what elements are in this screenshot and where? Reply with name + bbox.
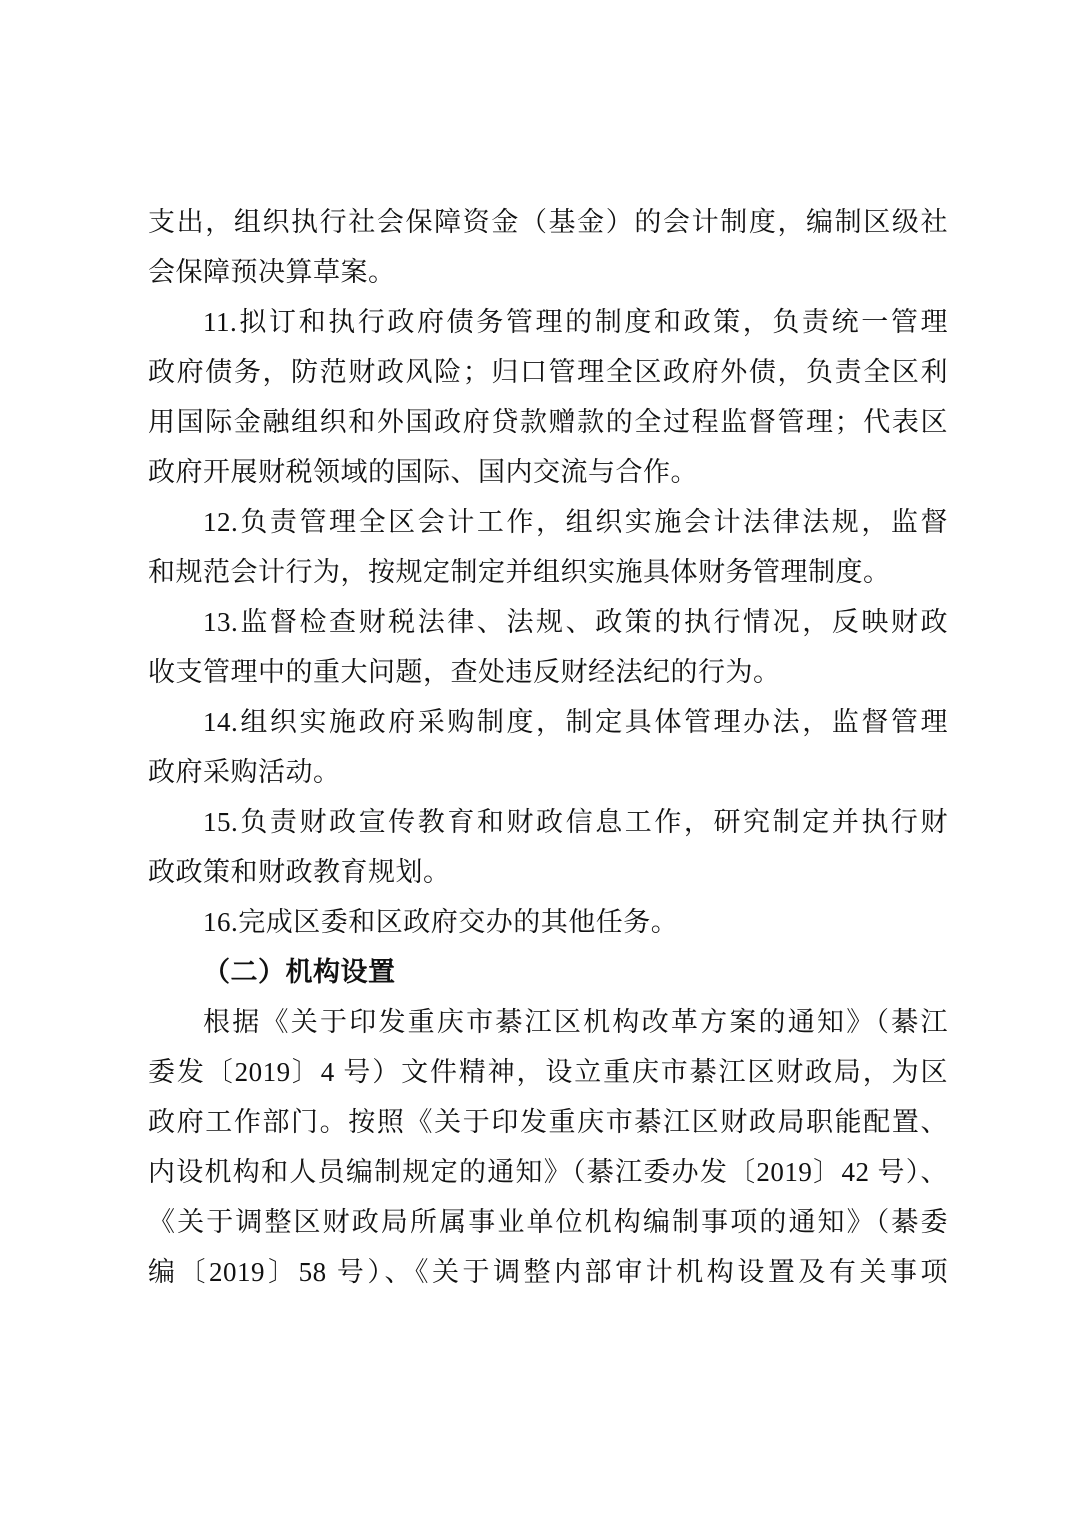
document-page: 支出，组织执行社会保障资金（基金）的会计制度，编制区级社 会保障预决算草案。 1…: [0, 0, 1074, 1520]
text-line: 13.监督检查财税法律、法规、政策的执行情况，反映财政: [148, 597, 948, 647]
text-line: 11.拟订和执行政府债务管理的制度和政策，负责统一管理: [148, 297, 948, 347]
text-line: 支出，组织执行社会保障资金（基金）的会计制度，编制区级社: [148, 197, 948, 247]
section-heading: （二）机构设置: [148, 947, 948, 997]
text-line: 和规范会计行为，按规定制定并组织实施具体财务管理制度。: [148, 547, 948, 597]
text-line: 委发〔2019〕4 号）文件精神，设立重庆市綦江区财政局，为区: [148, 1047, 948, 1097]
text-line: 12.负责管理全区会计工作，组织实施会计法律法规，监督: [148, 497, 948, 547]
text-line: 14.组织实施政府采购制度，制定具体管理办法，监督管理: [148, 697, 948, 747]
text-line: 15.负责财政宣传教育和财政信息工作，研究制定并执行财: [148, 797, 948, 847]
text-line: 政府采购活动。: [148, 747, 948, 797]
text-line: 会保障预决算草案。: [148, 247, 948, 297]
text-line: 政府开展财税领域的国际、国内交流与合作。: [148, 447, 948, 497]
text-line: 用国际金融组织和外国政府贷款赠款的全过程监督管理；代表区: [148, 397, 948, 447]
text-line: 政府债务，防范财政风险；归口管理全区政府外债，负责全区利: [148, 347, 948, 397]
text-line: 政府工作部门。按照《关于印发重庆市綦江区财政局职能配置、: [148, 1097, 948, 1147]
text-line: 根据《关于印发重庆市綦江区机构改革方案的通知》（綦江: [148, 997, 948, 1047]
text-line: 内设机构和人员编制规定的通知》（綦江委办发〔2019〕42 号）、: [148, 1147, 948, 1197]
text-line: 编〔2019〕58 号）、《关于调整内部审计机构设置及有关事项: [148, 1247, 948, 1297]
text-line: 政政策和财政教育规划。: [148, 847, 948, 897]
text-line: 《关于调整区财政局所属事业单位机构编制事项的通知》（綦委: [148, 1197, 948, 1247]
document-text-block: 支出，组织执行社会保障资金（基金）的会计制度，编制区级社 会保障预决算草案。 1…: [148, 197, 948, 1297]
text-line: 16.完成区委和区政府交办的其他任务。: [148, 897, 948, 947]
text-line: 收支管理中的重大问题，查处违反财经法纪的行为。: [148, 647, 948, 697]
